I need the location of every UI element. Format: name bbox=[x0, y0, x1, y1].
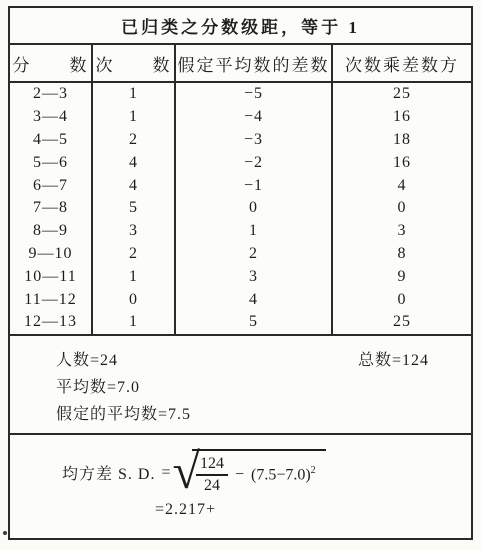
table-cell: 4 bbox=[176, 288, 333, 311]
table-cell: 3—4 bbox=[10, 106, 93, 129]
table-cell: 25 bbox=[333, 311, 471, 334]
summary-assumed-mean: 假定的平均数=7.5 bbox=[56, 401, 191, 424]
table-cell: 16 bbox=[333, 106, 471, 129]
table-row: 7—8500 bbox=[10, 197, 471, 220]
table-cell: 11—12 bbox=[10, 288, 93, 311]
table-row: 6—74−14 bbox=[10, 174, 471, 197]
radical-sign-icon: √ bbox=[173, 448, 200, 494]
summary-section: 人数=24 总数=124 平均数=7.0 假定的平均数=7.5 bbox=[10, 336, 471, 435]
table-cell: 5—6 bbox=[10, 151, 93, 174]
table-body: 2—31−5253—41−4164—52−3185—64−2166—74−147… bbox=[10, 83, 471, 336]
table-cell: 4 bbox=[333, 174, 471, 197]
table-cell: −3 bbox=[176, 129, 333, 152]
table-cell: 3 bbox=[176, 265, 333, 288]
summary-line-2: 平均数=7.0 bbox=[56, 372, 429, 399]
table-cell: 0 bbox=[333, 197, 471, 220]
table-cell: 1 bbox=[93, 265, 176, 288]
formula-minus-sign: − bbox=[235, 466, 244, 484]
table-cell: 10—11 bbox=[10, 265, 93, 288]
table-cell: 5 bbox=[93, 197, 176, 220]
table-cell: 16 bbox=[333, 151, 471, 174]
table-title: 已归类之分数级距，等于 1 bbox=[10, 8, 471, 45]
fraction: 124 24 bbox=[196, 455, 228, 495]
table-cell: 1 bbox=[93, 106, 176, 129]
col-header-frequency: 次 数 bbox=[93, 45, 176, 81]
table-cell: 9—10 bbox=[10, 243, 93, 266]
table-cell: −1 bbox=[176, 174, 333, 197]
table-cell: 0 bbox=[93, 288, 176, 311]
formula-term-base: (7.5−7.0) bbox=[251, 466, 311, 483]
table-cell: 1 bbox=[93, 83, 176, 106]
formula-exponent: 2 bbox=[311, 465, 316, 476]
table-cell: 5 bbox=[176, 311, 333, 334]
formula-equals-sign: = bbox=[161, 464, 170, 482]
table-cell: 8 bbox=[333, 243, 471, 266]
table-cell: 4 bbox=[93, 151, 176, 174]
summary-line-1: 人数=24 总数=124 bbox=[56, 345, 429, 372]
table-row: 8—9313 bbox=[10, 220, 471, 243]
summary-line-3: 假定的平均数=7.5 bbox=[56, 399, 429, 426]
col-header-deviation: 假定平均数的差数 bbox=[176, 45, 333, 81]
summary-count: 人数=24 bbox=[56, 347, 118, 370]
radicand: 124 24 − (7.5−7.0)2 bbox=[192, 449, 326, 497]
table-cell: −4 bbox=[176, 106, 333, 129]
table-cell: 2 bbox=[93, 243, 176, 266]
col-header-score: 分 数 bbox=[10, 45, 93, 81]
table-row: 2—31−525 bbox=[10, 83, 471, 106]
table-header-row: 分 数 次 数 假定平均数的差数 次数乘差数方 bbox=[10, 45, 471, 83]
print-artifact-dot bbox=[3, 531, 7, 535]
table-cell: 9 bbox=[333, 265, 471, 288]
table-cell: 12—13 bbox=[10, 311, 93, 334]
fraction-numerator: 124 bbox=[196, 455, 228, 476]
table-cell: 0 bbox=[176, 197, 333, 220]
scanned-page: 已归类之分数级距，等于 1 分 数 次 数 假定平均数的差数 次数乘差数方 2—… bbox=[0, 0, 482, 550]
table-cell: 4—5 bbox=[10, 129, 93, 152]
formula-squared-term: (7.5−7.0)2 bbox=[251, 465, 316, 484]
table-cell: 3 bbox=[333, 220, 471, 243]
table-row: 9—10228 bbox=[10, 243, 471, 266]
table-cell: 4 bbox=[93, 174, 176, 197]
table-cell: 2—3 bbox=[10, 83, 93, 106]
statistics-table: 已归类之分数级距，等于 1 分 数 次 数 假定平均数的差数 次数乘差数方 2—… bbox=[8, 6, 473, 540]
formula-section: 均方差 S. D. = √ 124 24 − (7.5−7.0)2 =2.217… bbox=[10, 435, 471, 538]
table-cell: 1 bbox=[176, 220, 333, 243]
table-cell: 3 bbox=[93, 220, 176, 243]
formula-label: 均方差 S. D. bbox=[62, 461, 155, 484]
formula-line-2: =2.217+ bbox=[155, 501, 471, 519]
table-row: 12—131525 bbox=[10, 311, 471, 334]
summary-mean: 平均数=7.0 bbox=[56, 374, 140, 397]
table-cell: 18 bbox=[333, 129, 471, 152]
table-cell: 7—8 bbox=[10, 197, 93, 220]
col-header-freq-times-sq-dev: 次数乘差数方 bbox=[333, 45, 471, 81]
table-cell: −2 bbox=[176, 151, 333, 174]
table-cell: 25 bbox=[333, 83, 471, 106]
table-cell: 8—9 bbox=[10, 220, 93, 243]
square-root-radical: √ 124 24 − (7.5−7.0)2 bbox=[173, 449, 326, 497]
formula-line-1: 均方差 S. D. = √ 124 24 − (7.5−7.0)2 bbox=[62, 449, 471, 497]
fraction-denominator: 24 bbox=[196, 476, 228, 495]
table-cell: 2 bbox=[176, 243, 333, 266]
summary-total: 总数=124 bbox=[358, 347, 429, 370]
table-cell: 1 bbox=[93, 311, 176, 334]
table-cell: 2 bbox=[93, 129, 176, 152]
table-cell: 0 bbox=[333, 288, 471, 311]
table-row: 3—41−416 bbox=[10, 106, 471, 129]
formula-result: =2.217+ bbox=[155, 501, 216, 518]
table-row: 11—12040 bbox=[10, 288, 471, 311]
table-cell: −5 bbox=[176, 83, 333, 106]
table-row: 4—52−318 bbox=[10, 129, 471, 152]
table-row: 10—11139 bbox=[10, 265, 471, 288]
table-cell: 6—7 bbox=[10, 174, 93, 197]
table-row: 5—64−216 bbox=[10, 151, 471, 174]
